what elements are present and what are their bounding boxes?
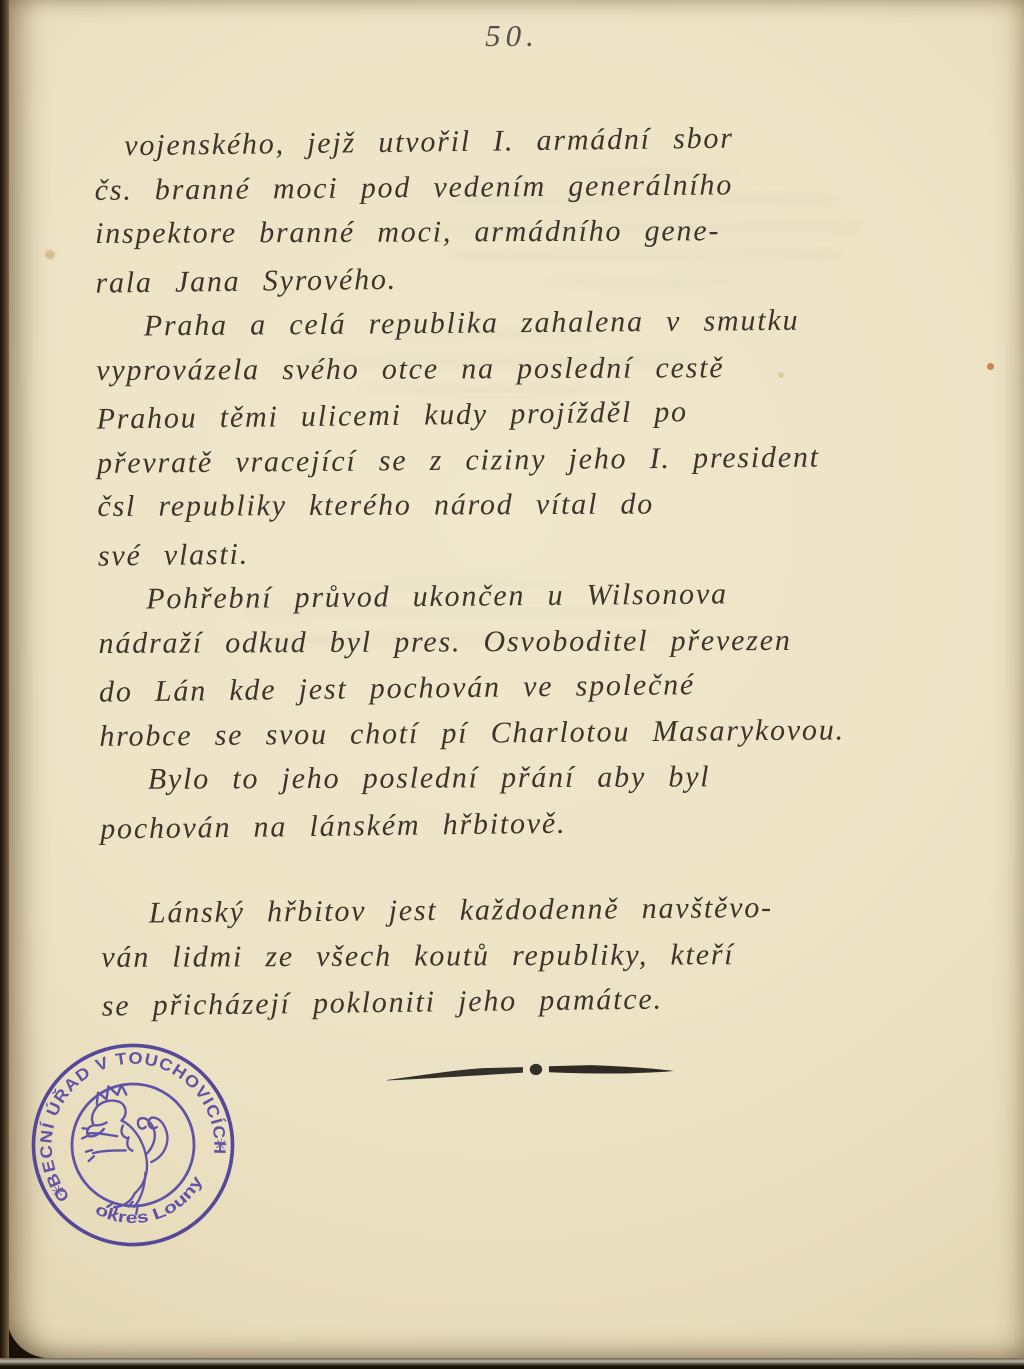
svg-text:okres Louny: okres Louny bbox=[88, 1170, 213, 1241]
paper-speck bbox=[45, 250, 55, 259]
handwritten-line: hrobce se svou chotí pí Charlotou Masary… bbox=[99, 706, 989, 759]
handwritten-line: Lánský hřbitov jest každodenně navštěvo- bbox=[101, 883, 991, 936]
handwritten-line: inspektore branné moci, armádního gene- bbox=[95, 207, 985, 256]
stamp-district-text: okres Louny bbox=[88, 1170, 213, 1241]
handwritten-text-block: vojenského, jejž utvořil I. armádní sbor… bbox=[94, 114, 992, 1027]
paper-speck bbox=[987, 363, 994, 370]
page-bottom-edge bbox=[0, 1358, 1024, 1369]
handwritten-line: převratě vracející se z ciziny jeho I. p… bbox=[97, 433, 987, 486]
handwritten-line: se přicházejí pokloniti jeho památce. bbox=[102, 972, 993, 1029]
page-number: 50. bbox=[0, 18, 1024, 54]
official-stamp: OBECNÍ ÚŘAD V TOUCHOVICÍCH okres Louny ✳… bbox=[26, 1038, 240, 1252]
handwritten-line: nádraží odkud byl pres. Osvoboditel přev… bbox=[99, 617, 989, 666]
scanned-chronicle-page: { "doc": { "page_number": "50.", "lines"… bbox=[0, 0, 1024, 1369]
book-binding-edge bbox=[0, 0, 9, 1369]
handwritten-line: Bylo to jeho poslední přání aby byl bbox=[100, 753, 990, 802]
section-divider-flourish bbox=[385, 1050, 678, 1094]
handwritten-line: pochován na lánském hřbitově. bbox=[100, 795, 991, 852]
handwritten-line: čs. branné moci pod vedením generálního bbox=[94, 160, 984, 213]
stamp-body: OBECNÍ ÚŘAD V TOUCHOVICÍCH okres Louny ✳… bbox=[26, 1038, 240, 1252]
handwritten-line: čsl republiky kterého národ vítal do bbox=[97, 480, 987, 529]
handwritten-line: vyprovázela svého otce na poslední cestě bbox=[96, 344, 986, 393]
stamp-rosette-left: ✳ bbox=[49, 1183, 68, 1198]
handwritten-line: ván lidmi ze všech koutů republiky, kteř… bbox=[101, 931, 991, 980]
